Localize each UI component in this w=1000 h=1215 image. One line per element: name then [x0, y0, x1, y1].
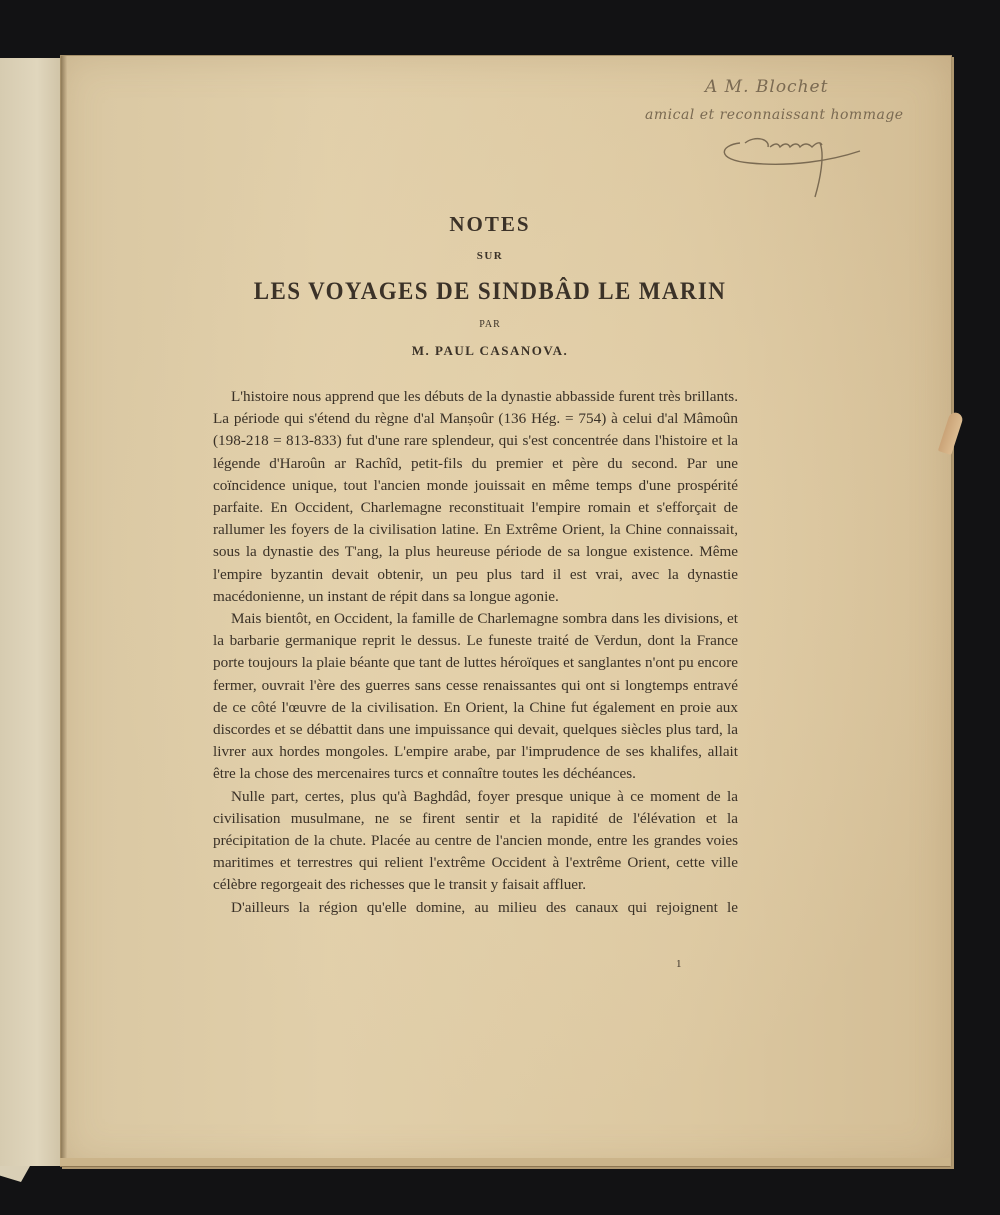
inscription-message: amical et reconnaissant hommage	[645, 107, 904, 123]
paragraph: Nulle part, certes, plus qu'à Baghdâd, f…	[213, 786, 738, 897]
page-number: 1	[676, 958, 682, 970]
signature-icon	[710, 125, 910, 205]
paragraph: Mais bientôt, en Occident, la famille de…	[213, 608, 738, 786]
title-par: PAR	[90, 319, 890, 330]
paragraph: L'histoire nous apprend que les débuts d…	[213, 386, 738, 608]
title-notes: NOTES	[90, 212, 890, 237]
main-title: LES VOYAGES DE SINDBÂD LE MARIN	[122, 278, 858, 306]
body-text: L'histoire nous apprend que les débuts d…	[213, 386, 738, 919]
paragraph: D'ailleurs la région qu'elle domine, au …	[213, 897, 738, 919]
left-facing-page	[0, 58, 63, 1166]
title-sur: SUR	[90, 250, 890, 262]
page-bottom-edge	[60, 1158, 950, 1167]
inscription-dedication: A M. Blochet	[705, 77, 828, 97]
author-name: M. PAUL CASANOVA.	[90, 343, 890, 359]
